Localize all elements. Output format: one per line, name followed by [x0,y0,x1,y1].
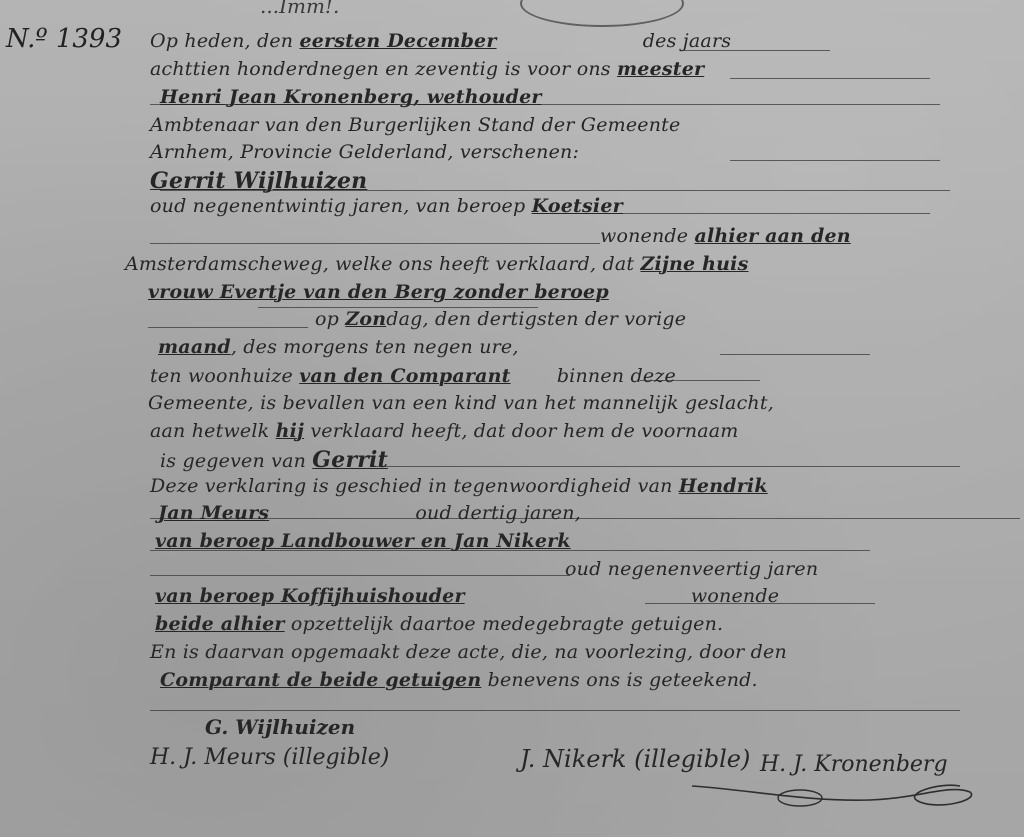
record-line-23: En is daarvan opgemaakt deze acte, die, … [150,641,787,663]
record-line-16-child-name: is gegeven van Gerrit [160,447,388,473]
record-line-17: Deze verklaring is geschied in tegenwoor… [150,475,768,497]
record-line-7: oud negenentwintig jaren, van beroep Koe… [150,195,623,217]
signature-flourish-icon [690,780,980,812]
record-line-21: van beroep Koffijhuishouder wonende [155,585,779,607]
record-line-4: Ambtenaar van den Burgerlijken Stand der… [150,114,680,136]
record-line-18-witness-1: Jan Meurs oud dertig jaren, [158,502,581,524]
rule [730,160,940,161]
rule [720,354,870,355]
record-line-19-witness-2: van beroep Landbouwer en Jan Nikerk [155,530,571,552]
record-line-24: Comparant de beide getuigen benevens ons… [160,669,758,691]
record-line-13: ten woonhuize van den Comparant binnen d… [150,365,676,387]
ink-flourish-top [520,0,684,27]
record-line-22: beide alhier opzettelijk daartoe medegeb… [155,613,723,635]
header-fragment: ...Imm!. [260,0,339,18]
record-line-14: Gemeente, is bevallen van een kind van h… [148,392,774,414]
record-line-9: Amsterdamscheweg, welke ons heeft verkla… [125,253,748,275]
record-line-8: wonende alhier aan den [600,225,851,247]
rule [148,327,308,328]
record-line-10-mother: vrouw Evertje van den Berg zonder beroep [148,281,609,303]
record-line-15: aan hetwelk hij verklaard heeft, dat doo… [150,420,739,442]
signature-witness-2: J. Nikerk (illegible) [520,745,750,773]
record-line-3: Henri Jean Kronenberg, wethouder [160,86,542,108]
record-line-1: Op heden, den eersten December des jaars [150,30,731,52]
signature-comparant: G. Wijlhuizen [205,715,355,739]
record-line-12: maand, des morgens ten negen ure, [158,336,519,358]
record-line-2: achttien honderdnegen en zeventig is voo… [150,58,704,80]
record-number: N.º 1393 [6,24,122,54]
record-line-5: Arnhem, Provincie Gelderland, verschenen… [150,141,579,163]
rule [150,710,960,711]
signature-witness-1: H. J. Meurs (illegible) [150,745,389,770]
rule [730,78,930,79]
signature-officer: H. J. Kronenberg [760,752,948,777]
document-page: ...Imm!. N.º 1393 Op heden, den eersten … [0,0,1024,837]
rule [150,243,600,244]
rule [150,575,570,576]
record-line-6-declarant: Gerrit Wijlhuizen [150,168,367,194]
rule [370,466,960,467]
record-line-11: op Zondag, den dertigsten der vorige [315,308,686,330]
record-line-20: oud negenenveertig jaren [565,558,818,580]
